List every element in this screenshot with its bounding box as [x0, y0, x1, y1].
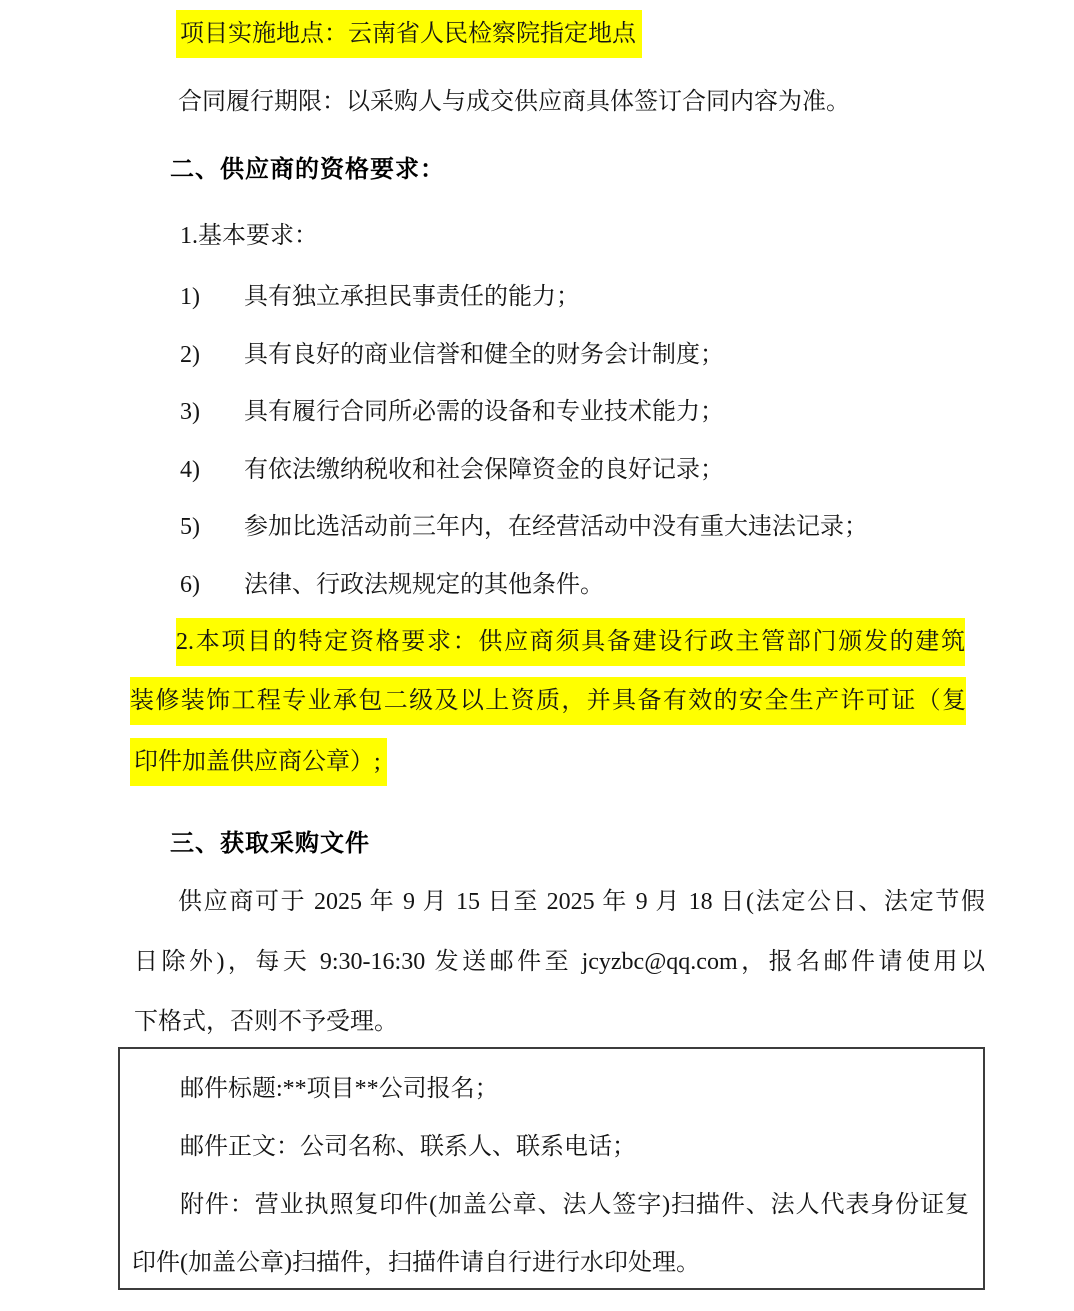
item-text: 参加比选活动前三年内，在经营活动中没有重大违法记录；: [244, 513, 940, 541]
special-requirement-line: 2.本项目的特定资格要求：供应商须具备建设行政主管部门颁发的建筑: [176, 618, 965, 666]
item-number: 1): [180, 283, 244, 311]
highlighted-text: 印件加盖供应商公章）;: [130, 738, 387, 786]
mail-subject-line: 邮件标题:**项目**公司报名；: [180, 1075, 499, 1103]
item-number: 6): [180, 571, 244, 599]
requirement-item: 6) 法律、行政法规规定的其他条件。: [180, 571, 920, 599]
obtain-documents-line: 下格式，否则不予受理。: [134, 1008, 398, 1036]
mail-format-box: 邮件标题:**项目**公司报名； 邮件正文：公司名称、联系人、联系电话； 附件：…: [118, 1047, 985, 1290]
item-number: 5): [180, 513, 244, 541]
item-number: 2): [180, 341, 244, 369]
item-text: 具有履行合同所必需的设备和专业技术能力；: [244, 398, 920, 426]
special-requirement-line: 印件加盖供应商公章）;: [130, 738, 387, 786]
project-location-line: 项目实施地点：云南省人民检察院指定地点: [176, 10, 642, 58]
item-text: 法律、行政法规规定的其他条件。: [244, 571, 920, 599]
mail-attachment-line: 印件(加盖公章)扫描件，扫描件请自行进行水印处理。: [132, 1249, 700, 1277]
item-number: 3): [180, 398, 244, 426]
requirement-item: 5) 参加比选活动前三年内，在经营活动中没有重大违法记录；: [180, 513, 940, 541]
highlighted-text: 项目实施地点：云南省人民检察院指定地点: [176, 10, 642, 58]
item-number: 4): [180, 456, 244, 484]
requirement-item: 2) 具有良好的商业信誉和健全的财务会计制度；: [180, 341, 920, 369]
contract-period-line: 合同履行期限：以采购人与成交供应商具体签订合同内容为准。: [178, 88, 850, 116]
document-page: { "page": { "background": "#ffffff", "te…: [0, 0, 1074, 1311]
special-requirement-line: 装修装饰工程专业承包二级及以上资质，并具备有效的安全生产许可证（复: [130, 677, 966, 725]
requirement-item: 4) 有依法缴纳税收和社会保障资金的良好记录；: [180, 456, 920, 484]
item-text: 具有独立承担民事责任的能力；: [244, 283, 920, 311]
requirement-item: 1) 具有独立承担民事责任的能力；: [180, 283, 920, 311]
section2-heading: 二、供应商的资格要求：: [170, 156, 445, 184]
mail-attachment-line: 附件：营业执照复印件(加盖公章、法人签字)扫描件、法人代表身份证复: [180, 1191, 969, 1219]
item-text: 具有良好的商业信誉和健全的财务会计制度；: [244, 341, 920, 369]
requirement-item: 3) 具有履行合同所必需的设备和专业技术能力；: [180, 398, 920, 426]
basic-requirements-label: 1.基本要求：: [180, 222, 318, 250]
item-text: 有依法缴纳税收和社会保障资金的良好记录；: [244, 456, 920, 484]
obtain-documents-line: 供应商可于 2025 年 9 月 15 日至 2025 年 9 月 18 日(法…: [178, 888, 985, 916]
section3-heading: 三、获取采购文件: [170, 830, 370, 858]
obtain-documents-line: 日除外)，每天 9:30-16:30 发送邮件至 jcyzbc@qq.com，报…: [134, 948, 985, 976]
mail-body-line: 邮件正文：公司名称、联系人、联系电话；: [180, 1133, 636, 1161]
